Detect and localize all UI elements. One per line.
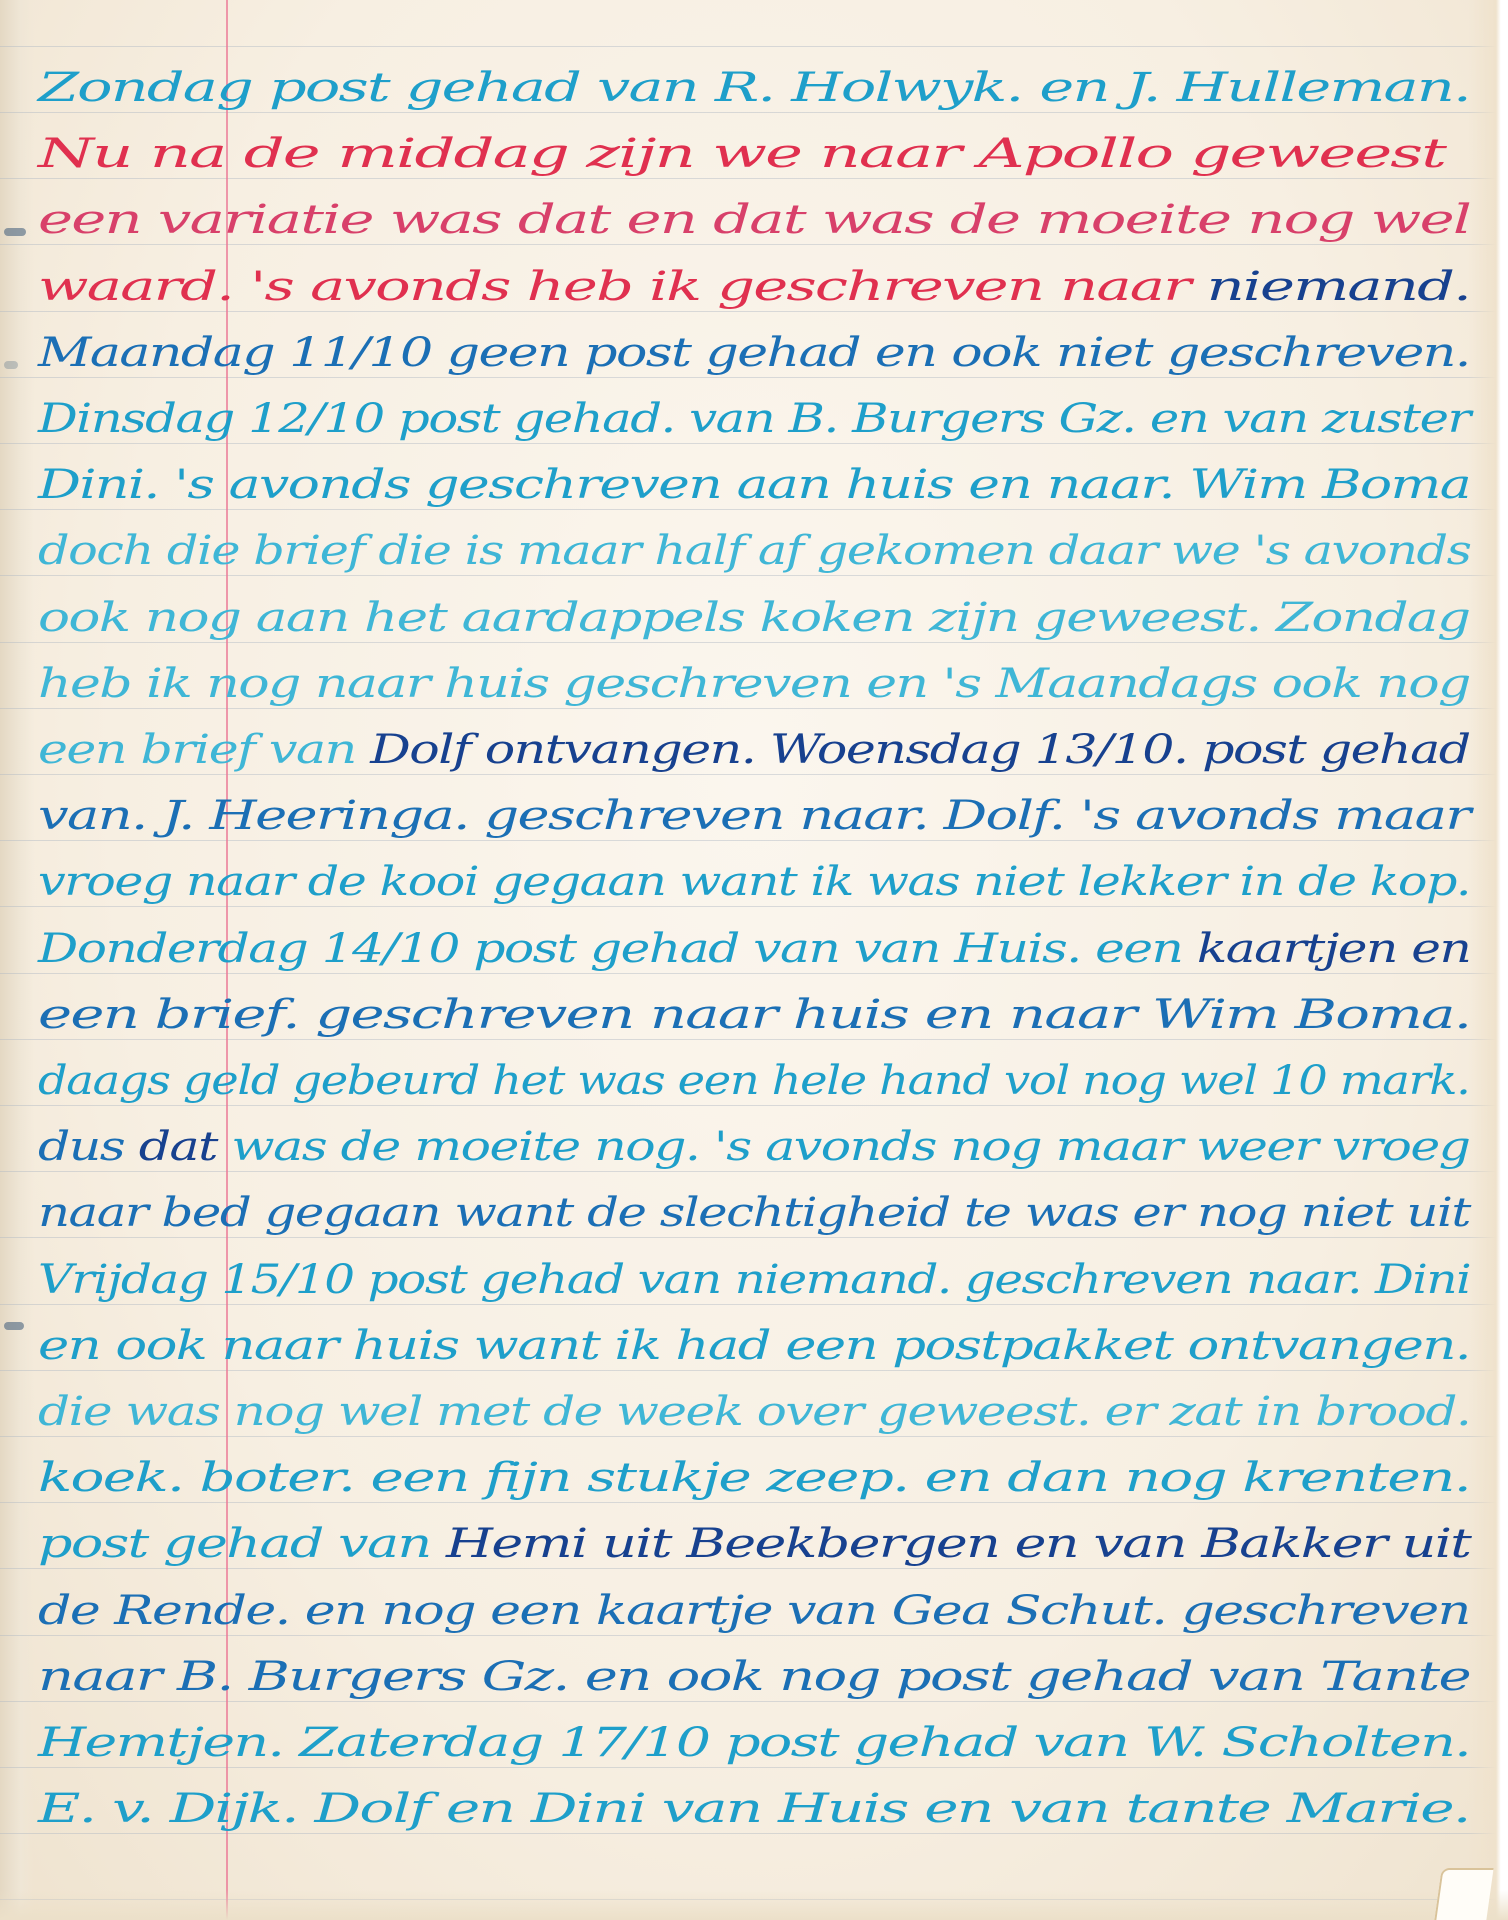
text-line: Dini. 's avonds geschreven aan huis en n… bbox=[38, 465, 1470, 505]
text-segment: Hemtjen. Zaterdag 17/10 post gehad van W… bbox=[38, 1720, 1470, 1766]
text-line: een variatie was dat en dat was de moeit… bbox=[38, 200, 1470, 240]
text-line: die was nog wel met de week over geweest… bbox=[38, 1392, 1470, 1432]
text-segment: koek. boter. een fijn stukje zeep. en da… bbox=[38, 1455, 1470, 1501]
text-line: en ook naar huis want ik had een postpak… bbox=[38, 1326, 1470, 1366]
text-segment: Dini. 's avonds geschreven aan huis en n… bbox=[38, 462, 1470, 508]
text-line: E. v. Dijk. Dolf en Dini van Huis en van… bbox=[38, 1789, 1470, 1829]
text-line: de Rende. en nog een kaartje van Gea Sch… bbox=[38, 1591, 1470, 1631]
text-segment: en ook naar huis want ik had een postpak… bbox=[38, 1323, 1470, 1369]
text-line: dus dat was de moeite nog. 's avonds nog… bbox=[38, 1127, 1470, 1167]
text-line: een brief van Dolf ontvangen. Woensdag 1… bbox=[38, 730, 1470, 770]
text-line: Donderdag 14/10 post gehad van van Huis.… bbox=[38, 929, 1470, 969]
text-line: naar B. Burgers Gz. en ook nog post geha… bbox=[38, 1657, 1470, 1697]
text-segment: een variatie was dat en dat was de moeit… bbox=[38, 197, 1470, 243]
text-line: koek. boter. een fijn stukje zeep. en da… bbox=[38, 1458, 1470, 1498]
text-segment: doch die brief die is maar half af gekom… bbox=[38, 528, 1470, 574]
text-line: doch die brief die is maar half af gekom… bbox=[38, 531, 1470, 571]
text-segment: Vrijdag 15/10 post gehad van niemand. ge… bbox=[38, 1257, 1470, 1303]
text-segment: ook nog aan het aardappels koken zijn ge… bbox=[38, 595, 1469, 641]
text-line: Zondag post gehad van R. Holwyk. en J. H… bbox=[38, 68, 1470, 108]
text-segment: vroeg naar de kooi gegaan want ik was ni… bbox=[38, 859, 1470, 905]
text-segment: Dolf ontvangen. Woensdag 13/10. post geh… bbox=[370, 727, 1469, 773]
diary-page: Zondag post gehad van R. Holwyk. en J. H… bbox=[0, 0, 1508, 1920]
folded-corner bbox=[1434, 1868, 1493, 1920]
text-segment: was de moeite nog. 's avonds nog maar we… bbox=[217, 1124, 1470, 1170]
binding-hole-mark bbox=[4, 228, 26, 236]
text-line: Vrijdag 15/10 post gehad van niemand. ge… bbox=[38, 1260, 1470, 1300]
text-line: vroeg naar de kooi gegaan want ik was ni… bbox=[38, 862, 1470, 902]
text-segment: dus bbox=[38, 1124, 139, 1170]
text-segment: waard. 's avonds heb ik geschreven naar bbox=[38, 264, 1207, 310]
text-line: heb ik nog naar huis geschreven en 's Ma… bbox=[38, 664, 1470, 704]
text-segment: de Rende. en nog een kaartje van Gea Sch… bbox=[38, 1588, 1470, 1634]
text-segment: dat bbox=[139, 1124, 217, 1170]
text-segment: naar bed gegaan want de slechtigheid te … bbox=[38, 1190, 1470, 1236]
text-line: waard. 's avonds heb ik geschreven naar … bbox=[38, 267, 1470, 307]
text-line: Dinsdag 12/10 post gehad. van B. Burgers… bbox=[38, 399, 1470, 439]
text-segment: Zondag post gehad van R. Holwyk. en J. H… bbox=[38, 65, 1470, 111]
text-line: post gehad van Hemi uit Beekbergen en va… bbox=[38, 1524, 1470, 1564]
text-line: ook nog aan het aardappels koken zijn ge… bbox=[38, 598, 1469, 638]
text-segment: niemand. bbox=[1207, 264, 1470, 310]
text-line: daags geld gebeurd het was een hele hand… bbox=[38, 1061, 1469, 1101]
text-segment: Maandag 11/10 geen post gehad en ook nie… bbox=[38, 330, 1470, 376]
text-line: naar bed gegaan want de slechtigheid te … bbox=[38, 1193, 1470, 1233]
text-segment: kaartjen en bbox=[1197, 926, 1470, 972]
text-segment: daags geld gebeurd het was een hele hand… bbox=[38, 1058, 1469, 1104]
text-line: van. J. Heeringa. geschreven naar. Dolf.… bbox=[38, 796, 1470, 836]
text-segment: Dinsdag 12/10 post gehad. van B. Burgers… bbox=[38, 396, 1470, 442]
text-segment: een brief van bbox=[38, 727, 370, 773]
binding-edge bbox=[0, 0, 34, 1920]
text-segment: een brief. geschreven naar huis en naar … bbox=[38, 992, 1470, 1038]
text-line: Maandag 11/10 geen post gehad en ook nie… bbox=[38, 333, 1470, 373]
text-segment: Nu na de middag zijn we naar Apollo gewe… bbox=[38, 131, 1445, 177]
text-segment: heb ik nog naar huis geschreven en 's Ma… bbox=[38, 661, 1470, 707]
text-line: Nu na de middag zijn we naar Apollo gewe… bbox=[38, 134, 1445, 174]
binding-hole-mark bbox=[4, 361, 18, 369]
page-right-edge bbox=[1468, 0, 1508, 1920]
text-segment: Donderdag 14/10 post gehad van van Huis.… bbox=[38, 926, 1197, 972]
text-line: Hemtjen. Zaterdag 17/10 post gehad van W… bbox=[38, 1723, 1470, 1763]
text-segment: naar B. Burgers Gz. en ook nog post geha… bbox=[38, 1654, 1470, 1700]
text-segment: Hemi uit Beekbergen en van Bakker uit bbox=[446, 1521, 1470, 1567]
text-segment: E. v. Dijk. Dolf en Dini van Huis en van… bbox=[38, 1786, 1470, 1832]
text-segment: van. J. Heeringa. geschreven naar. Dolf.… bbox=[38, 793, 1470, 839]
text-segment: post gehad van bbox=[38, 1521, 446, 1567]
binding-hole-mark bbox=[4, 1322, 24, 1330]
page-bottom-edge bbox=[0, 1890, 1508, 1920]
text-line: een brief. geschreven naar huis en naar … bbox=[38, 995, 1470, 1035]
text-segment: die was nog wel met de week over geweest… bbox=[38, 1389, 1470, 1435]
